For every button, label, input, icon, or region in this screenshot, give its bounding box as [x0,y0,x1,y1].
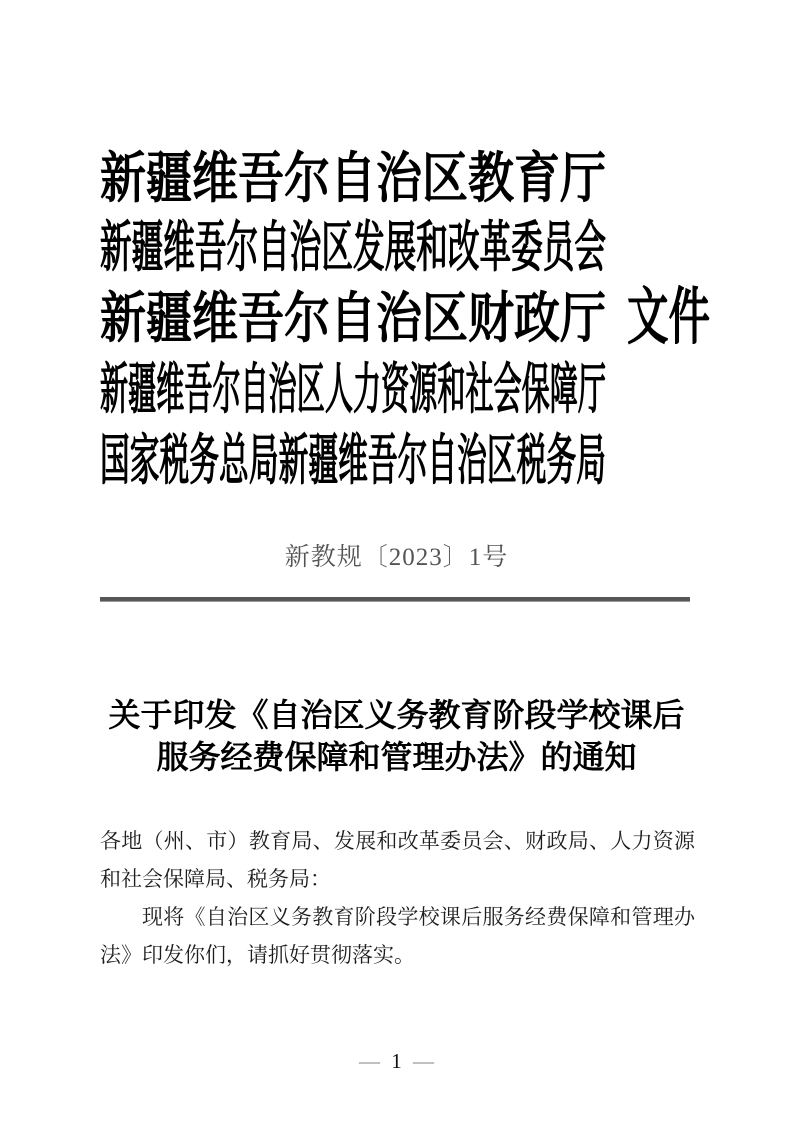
agency-line-human-resources-dept: 新疆维吾尔自治区人力资源和社会保障厅 [100,359,606,420]
agency-line-education-dept: 新疆维吾尔自治区教育厅 [100,148,606,209]
document-number: 新教规〔2023〕1号 [0,542,793,574]
title-line-1: 关于印发《自治区义务教育阶段学校课后 [0,694,793,736]
document-page: 新疆维吾尔自治区教育厅 新疆维吾尔自治区发展和改革委员会 新疆维吾尔自治区财政厅… [0,0,793,1122]
page-number-dash-left: — [359,1049,380,1073]
agency-line-tax-bureau: 国家税务总局新疆维吾尔自治区税务局 [100,430,606,491]
document-body: 各地（州、市）教育局、发展和改革委员会、财政局、人力资源和社会保障局、税务局： … [100,822,695,974]
page-footer: — 1 — [0,1048,793,1074]
document-title: 关于印发《自治区义务教育阶段学校课后 服务经费保障和管理办法》的通知 [0,694,793,778]
file-label: 文件 [627,283,710,352]
agency-line-finance-dept: 新疆维吾尔自治区财政厅 [100,288,606,349]
divider-rule [100,597,690,602]
title-line-2: 服务经费保障和管理办法》的通知 [0,736,793,778]
page-number-dash-right: — [413,1049,434,1073]
salutation-paragraph: 各地（州、市）教育局、发展和改革委员会、财政局、人力资源和社会保障局、税务局： [100,822,695,898]
page-number: 1 [391,1049,402,1073]
agency-line-development-reform-commission: 新疆维吾尔自治区发展和改革委员会 [100,217,606,278]
main-paragraph: 现将《自治区义务教育阶段学校课后服务经费保障和管理办法》印发你们，请抓好贯彻落实… [100,898,695,974]
agency-header: 新疆维吾尔自治区教育厅 新疆维吾尔自治区发展和改革委员会 新疆维吾尔自治区财政厅… [0,0,793,520]
